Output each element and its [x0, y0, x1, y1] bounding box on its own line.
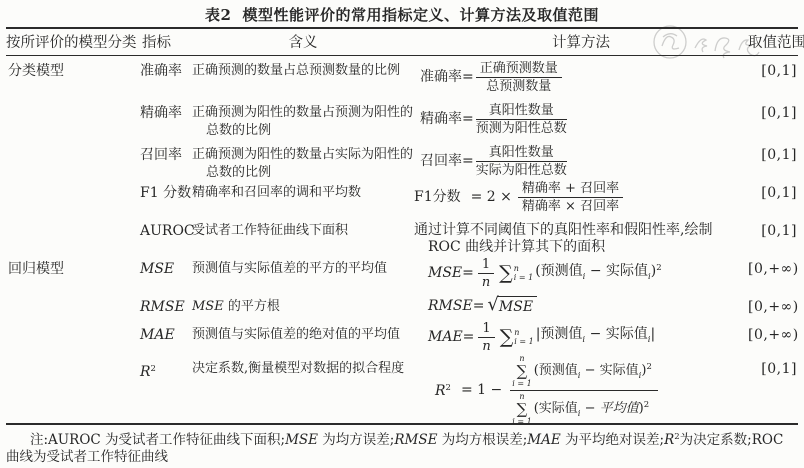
summation: n∑i = 1 — [512, 355, 531, 388]
model-class-label — [6, 292, 140, 320]
model-class-label: 回归模型 — [6, 254, 140, 292]
table-row-auroc: AUROC 受试者工作特征曲线下面积 通过计算不同阈值下的真阳性率和假阳性率,绘… — [6, 216, 798, 254]
formula: R2= 1 −n∑i = 1(预测值i − 实际值i)2n∑i = 1(实际值i… — [414, 354, 748, 426]
model-class-label — [6, 140, 140, 182]
header-range: 取值范围 — [748, 29, 798, 55]
formula-lhs: R2 — [435, 380, 451, 400]
table-row-r2: R2 决定系数,衡量模型对数据的拟合程度 R2= 1 −n∑i = 1(预测值i… — [6, 354, 798, 425]
indicator-label: RMSE — [140, 292, 192, 320]
formula-lhs: 准确率= — [420, 69, 474, 86]
fraction: 真阳性数量预测为阳性总数 — [476, 103, 567, 136]
header-method: 计算方法 — [414, 29, 748, 55]
fraction: 正确预测数量总预测数量 — [476, 61, 562, 94]
range-value: [0,1] — [748, 56, 798, 98]
formula: RMSE=√MSE — [414, 292, 748, 320]
summation: ∑ni = 1 — [500, 328, 534, 347]
table-title: 表2模型性能评价的常用指标定义、计算方法及取值范围 — [0, 4, 804, 25]
formula: 通过计算不同阈值下的真阳性率和假阳性率,绘制 ROC 曲线并计算其下的面积 — [414, 216, 748, 256]
summation: ∑ni = 1 — [499, 264, 533, 283]
meaning-text: 正确预测为阳性的数量占实际为阳性的总数的比例 — [192, 140, 414, 182]
formula-body: |预测值i − 实际值i| — [536, 326, 656, 349]
meaning-text: 受试者工作特征曲线下面积 — [192, 216, 414, 256]
header-meaning: 含义 — [192, 29, 414, 55]
table-row-precision: 精确率 正确预测为阳性的数量占预测为阳性的总数的比例 精确率=真阳性数量预测为阳… — [6, 98, 798, 140]
meaning-text: 正确预测为阳性的数量占预测为阳性的总数的比例 — [192, 98, 414, 140]
meaning-text: 预测值与实际值差的平方的平均值 — [192, 254, 414, 292]
range-value: [0,1] — [748, 178, 798, 216]
summation: n∑i = 1 — [512, 393, 531, 426]
indicator-label: F1 分数 — [140, 178, 192, 216]
fraction: n∑i = 1(预测值i − 实际值i)2n∑i = 1(实际值i − 平均值)… — [510, 354, 658, 426]
range-value: [0,+∞) — [748, 254, 798, 292]
table-row-f1: F1 分数 精确率和召回率的调和平均数 F1分数= 2 ×精确率 + 召回率精确… — [6, 178, 798, 216]
model-class-label — [6, 98, 140, 140]
formula-eq: = 1 − — [461, 382, 502, 399]
table-row-rmse: RMSE MSE 的平方根 RMSE=√MSE [0,+∞) — [6, 292, 798, 320]
formula-eq: = — [473, 298, 485, 315]
formula-eq: = — [462, 265, 474, 282]
formula-lhs: 召回率= — [420, 153, 474, 170]
model-class-label: 分类模型 — [6, 56, 140, 98]
indicator-label: MAE — [140, 320, 192, 354]
indicator-label: MSE — [140, 254, 192, 292]
formula: F1分数= 2 ×精确率 + 召回率精确率 × 召回率 — [414, 178, 748, 216]
metrics-table: 按所评价的模型分类 指标 含义 计算方法 取值范围 分类模型 准确率 正确预测的… — [6, 27, 798, 425]
table-row-mse: 回归模型 MSE 预测值与实际值差的平方的平均值 MSE=1n∑ni = 1(预… — [6, 254, 798, 292]
fraction: 1n — [478, 321, 494, 354]
indicator-label: 准确率 — [140, 56, 192, 98]
formula: 准确率=正确预测数量总预测数量 — [414, 56, 748, 98]
range-value: [0,+∞) — [748, 292, 798, 320]
formula-lhs: RMSE — [428, 298, 473, 315]
range-value: [0,1] — [748, 216, 798, 256]
model-class-label — [6, 354, 140, 426]
paper-table-page: 表2模型性能评价的常用指标定义、计算方法及取值范围 按所评价的模型分类 指标 含… — [0, 0, 804, 468]
table-row-mae: MAE 预测值与实际值差的绝对值的平均值 MAE=1n∑ni = 1|预测值i … — [6, 320, 798, 354]
range-value: [0,+∞) — [748, 320, 798, 354]
fraction: 1n — [478, 257, 494, 290]
formula: MAE=1n∑ni = 1|预测值i − 实际值i| — [414, 320, 748, 354]
table-header-row: 按所评价的模型分类 指标 含义 计算方法 取值范围 — [6, 29, 798, 56]
formula: 召回率=真阳性数量实际为阳性总数 — [414, 140, 748, 182]
formula: MSE=1n∑ni = 1(预测值i − 实际值i)2 — [414, 254, 748, 292]
meaning-text: MSE 的平方根 — [192, 292, 414, 320]
table-footnote: 注:AUROC 为受试者工作特征曲线下面积;MSE 为均方误差;RMSE 为均方… — [6, 429, 798, 466]
indicator-label: 召回率 — [140, 140, 192, 182]
meaning-text: 预测值与实际值差的绝对值的平均值 — [192, 320, 414, 354]
range-value: [0,1] — [748, 98, 798, 140]
formula-eq: = — [463, 329, 475, 346]
table-number: 表2 — [205, 6, 231, 24]
table-row-accuracy: 分类模型 准确率 正确预测的数量占总预测数量的比例 准确率=正确预测数量总预测数… — [6, 56, 798, 98]
table-row-recall: 召回率 正确预测为阳性的数量占实际为阳性的总数的比例 召回率=真阳性数量实际为阳… — [6, 140, 798, 178]
model-class-label — [6, 320, 140, 354]
formula-eq: = 2 × — [471, 189, 512, 206]
range-value: [0,1] — [748, 354, 798, 426]
indicator-label: 精确率 — [140, 98, 192, 140]
formula-lhs: F1分数 — [414, 189, 461, 206]
meaning-text: 精确率和召回率的调和平均数 — [192, 178, 414, 216]
meaning-text: 正确预测的数量占总预测数量的比例 — [192, 56, 414, 98]
square-root: √MSE — [487, 296, 537, 316]
header-indicator: 指标 — [140, 29, 192, 55]
formula-body: (预测值i − 实际值i)2 — [535, 260, 661, 286]
indicator-label: AUROC — [140, 216, 192, 256]
model-class-label — [6, 216, 140, 256]
meaning-text: 决定系数,衡量模型对数据的拟合程度 — [192, 354, 414, 426]
range-value: [0,1] — [748, 140, 798, 182]
indicator-label: R2 — [140, 354, 192, 426]
formula-lhs: 精确率= — [420, 111, 474, 128]
formula-lhs: MSE — [428, 265, 462, 282]
model-class-label — [6, 178, 140, 216]
header-model-class: 按所评价的模型分类 — [6, 29, 140, 55]
formula-lhs: MAE — [428, 329, 463, 346]
fraction: 精确率 + 召回率精确率 × 召回率 — [518, 181, 623, 214]
formula: 精确率=真阳性数量预测为阳性总数 — [414, 98, 748, 140]
table-title-text: 模型性能评价的常用指标定义、计算方法及取值范围 — [242, 6, 599, 24]
fraction: 真阳性数量实际为阳性总数 — [476, 145, 567, 178]
